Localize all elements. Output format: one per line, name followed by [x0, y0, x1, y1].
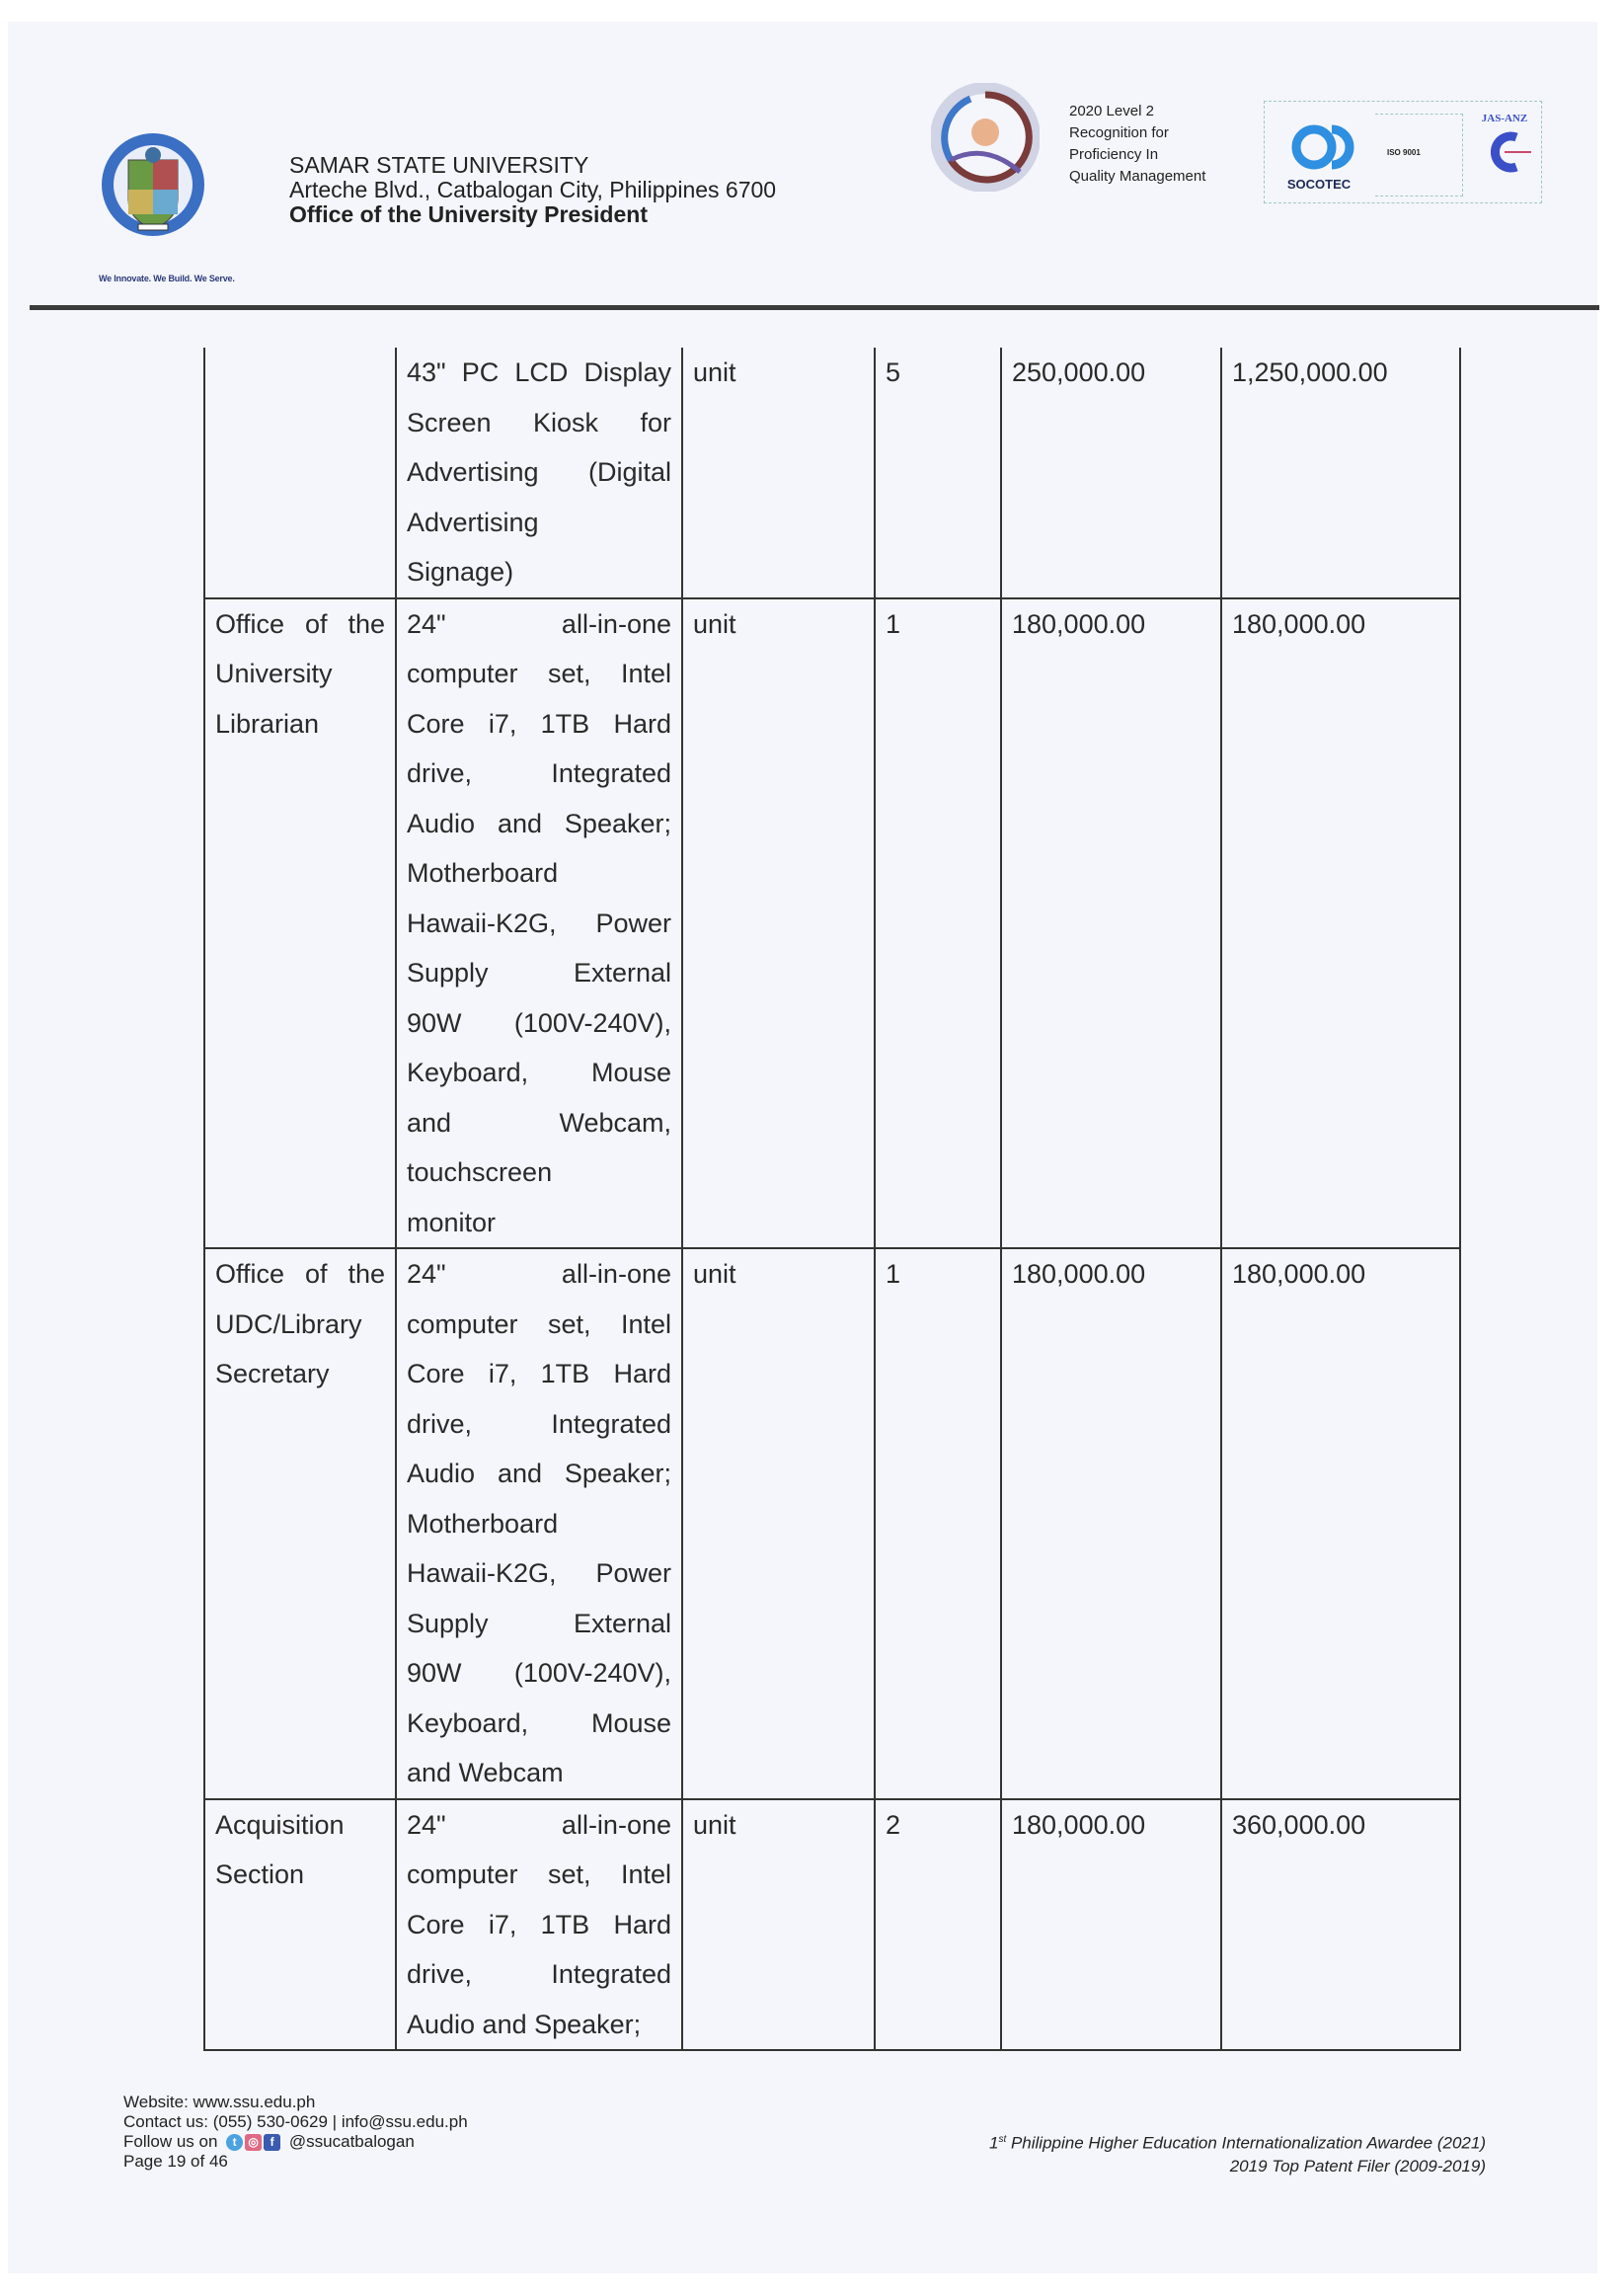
table-row: Office of theUniversityLibrarian24" all-… — [204, 598, 1460, 1249]
table-row: 43" PC LCD DisplayScreen Kiosk forAdvert… — [204, 348, 1460, 598]
unit-cost-cell: 180,000.00 — [1001, 1799, 1221, 2051]
unit-cell: unit — [682, 348, 875, 598]
iso-panel: ISO 9001 — [1375, 114, 1463, 197]
office-cell — [204, 348, 396, 598]
socotec-logo-icon: SOCOTEC — [1275, 110, 1363, 197]
unit-cell: unit — [682, 598, 875, 1249]
letterhead-text: SAMAR STATE UNIVERSITY Arteche Blvd., Ca… — [289, 153, 776, 227]
award-line-1: 1st Philippine Higher Education Internat… — [989, 2128, 1486, 2155]
quantity-cell: 2 — [875, 1799, 1001, 2051]
items-table: 43" PC LCD DisplayScreen Kiosk forAdvert… — [203, 348, 1461, 2051]
iso-label: ISO 9001 — [1387, 148, 1421, 157]
certification-badge: SOCOTEC ISO 9001 JAS-ANZ — [1264, 101, 1542, 203]
table-row: Office of theUDC/LibrarySecretary24" all… — [204, 1248, 1460, 1799]
instagram-icon: ◎ — [245, 2134, 262, 2151]
footer-follow: Follow us on t ◎ f @ssucatbalogan — [123, 2132, 468, 2152]
award-line-2: 2019 Top Patent Filer (2009-2019) — [989, 2155, 1486, 2177]
total-cost-cell: 360,000.00 — [1221, 1799, 1460, 2051]
facebook-icon: f — [264, 2134, 280, 2151]
twitter-icon: t — [226, 2134, 243, 2151]
svg-text:JAS-ANZ: JAS-ANZ — [1482, 113, 1527, 124]
quantity-cell: 1 — [875, 598, 1001, 1249]
footer-contact-line: Contact us: (055) 530-0629 | info@ssu.ed… — [123, 2112, 468, 2132]
description-cell: 43" PC LCD DisplayScreen Kiosk forAdvert… — [396, 348, 682, 598]
university-name: SAMAR STATE UNIVERSITY — [289, 153, 776, 178]
office-cell: Office of theUniversityLibrarian — [204, 598, 396, 1249]
recognition-text: 2020 Level 2 Recognition for Proficiency… — [1069, 101, 1205, 188]
total-cost-cell: 180,000.00 — [1221, 1248, 1460, 1799]
jas-anz-logo-icon: JAS-ANZ — [1472, 108, 1537, 197]
svg-text:SOCOTEC: SOCOTEC — [1287, 177, 1352, 192]
unit-cost-cell: 180,000.00 — [1001, 598, 1221, 1249]
total-cost-cell: 1,250,000.00 — [1221, 348, 1460, 598]
philippine-quality-award-icon — [931, 83, 1040, 192]
page-number: Page 19 of 46 — [123, 2152, 468, 2172]
office-cell: Office of theUDC/LibrarySecretary — [204, 1248, 396, 1799]
quantity-cell: 1 — [875, 1248, 1001, 1799]
footer-awards: 1st Philippine Higher Education Internat… — [989, 2128, 1486, 2177]
document-page: We Innovate. We Build. We Serve. SAMAR S… — [8, 22, 1597, 2273]
description-cell: 24" all-in-onecomputer set, IntelCore i7… — [396, 1799, 682, 2051]
university-address: Arteche Blvd., Catbalogan City, Philippi… — [289, 178, 776, 202]
university-seal-icon — [99, 125, 207, 254]
office-name: Office of the University President — [289, 202, 776, 227]
seal-motto: We Innovate. We Build. We Serve. — [99, 274, 267, 283]
footer-website: Website: www.ssu.edu.ph — [123, 2093, 468, 2112]
description-cell: 24" all-in-onecomputer set, IntelCore i7… — [396, 598, 682, 1249]
unit-cell: unit — [682, 1248, 875, 1799]
total-cost-cell: 180,000.00 — [1221, 598, 1460, 1249]
unit-cost-cell: 250,000.00 — [1001, 348, 1221, 598]
social-handle: @ssucatbalogan — [289, 2132, 415, 2151]
footer-contact: Website: www.ssu.edu.ph Contact us: (055… — [123, 2093, 468, 2172]
unit-cost-cell: 180,000.00 — [1001, 1248, 1221, 1799]
table-row: AcquisitionSection24" all-in-onecomputer… — [204, 1799, 1460, 2051]
header-rule — [30, 305, 1599, 310]
unit-cell: unit — [682, 1799, 875, 2051]
office-cell: AcquisitionSection — [204, 1799, 396, 2051]
description-cell: 24" all-in-onecomputer set, IntelCore i7… — [396, 1248, 682, 1799]
quantity-cell: 5 — [875, 348, 1001, 598]
